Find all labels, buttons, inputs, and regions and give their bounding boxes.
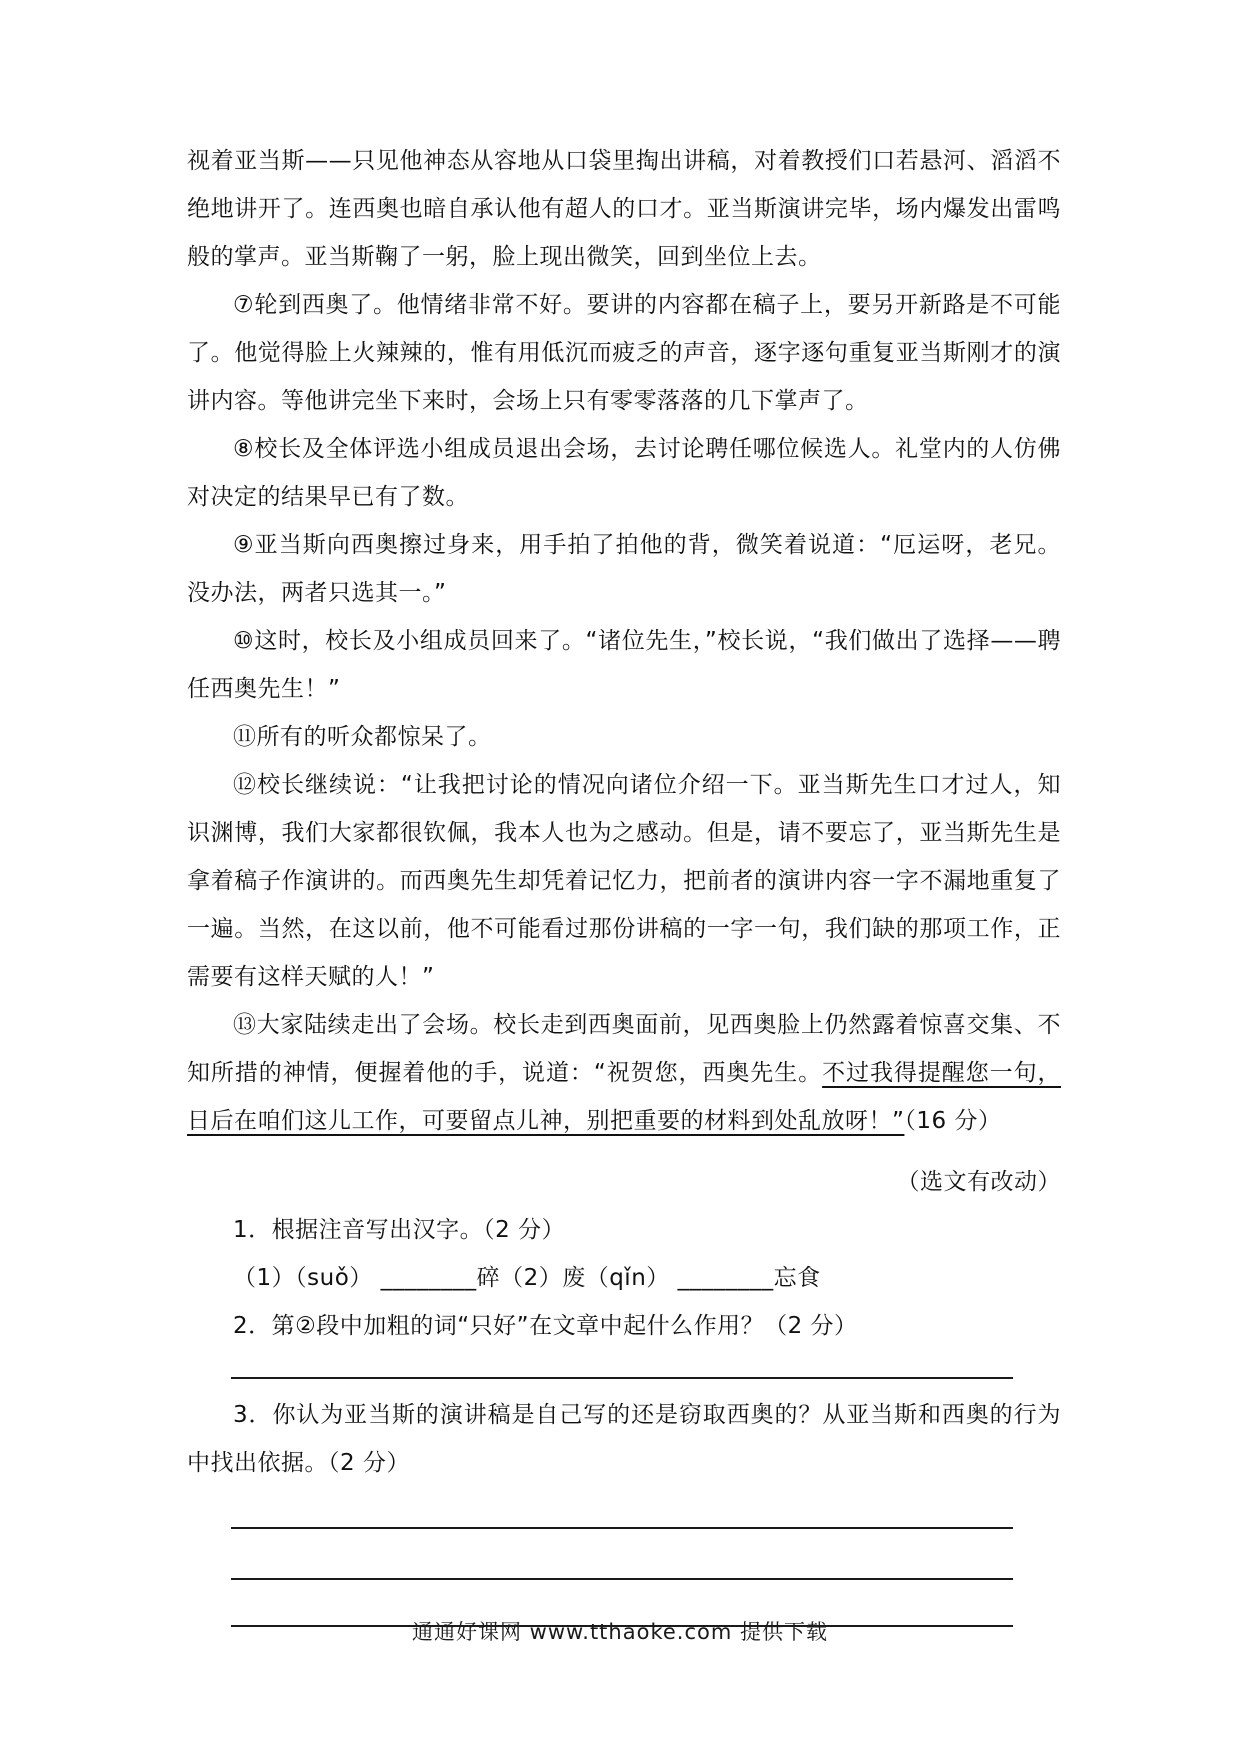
document-body: 视着亚当斯——只见他神态从容地从口袋里掏出讲稿，对着教授们口若悬河、滔滔不绝地讲… — [187, 137, 1061, 1627]
story-paragraph-10: ⑩这时，校长及小组成员回来了。“诸位先生，”校长说，“我们做出了选择——聘任西奥… — [187, 617, 1061, 713]
story-paragraph-13: ⑬大家陆续走出了会场。校长走到西奥面前，见西奥脸上仍然露着惊喜交集、不知所措的神… — [187, 1001, 1061, 1145]
question-1-blanks: （1）（suǒ） ________碎（2）废（qǐn） ________忘食 — [187, 1254, 1061, 1302]
story-paragraph-11: ⑪所有的听众都惊呆了。 — [187, 713, 1061, 761]
document-page: 视着亚当斯——只见他神态从容地从口袋里掏出讲稿，对着教授们口若悬河、滔滔不绝地讲… — [0, 0, 1240, 1754]
story-paragraph-9: ⑨亚当斯向西奥擦过身来，用手拍了拍他的背，微笑着说道：“厄运呀，老兄。没办法，两… — [187, 521, 1061, 617]
story-paragraph-8: ⑧校长及全体评选小组成员退出会场，去讨论聘任哪位候选人。礼堂内的人仿佛对决定的结… — [187, 425, 1061, 521]
question-1: 1．根据注音写出汉字。（2 分） — [187, 1206, 1061, 1254]
story-paragraph-continuation: 视着亚当斯——只见他神态从容地从口袋里掏出讲稿，对着教授们口若悬河、滔滔不绝地讲… — [187, 137, 1061, 281]
source-note: （选文有改动） — [187, 1158, 1061, 1206]
story-paragraph-12: ⑫校长继续说：“让我把讨论的情况向诸位介绍一下。亚当斯先生口才过人，知识渊博，我… — [187, 761, 1061, 1001]
story-paragraph-7: ⑦轮到西奥了。他情绪非常不好。要讲的内容都在稿子上，要另开新路是不可能了。他觉得… — [187, 281, 1061, 425]
question-3: 3．你认为亚当斯的演讲稿是自己写的还是窃取西奥的？从亚当斯和西奥的行为中找出依据… — [187, 1391, 1061, 1487]
footer-watermark: 通通好课网 www.tthaoke.com 提供下载 — [0, 1615, 1240, 1649]
answer-line — [231, 1527, 1013, 1529]
story-paragraph-13-score: （16 分） — [904, 1108, 1001, 1134]
answer-line — [231, 1578, 1013, 1580]
answer-line — [231, 1377, 1013, 1379]
question-2: 2．第②段中加粗的词“只好”在文章中起什么作用？（2 分） — [187, 1302, 1061, 1350]
